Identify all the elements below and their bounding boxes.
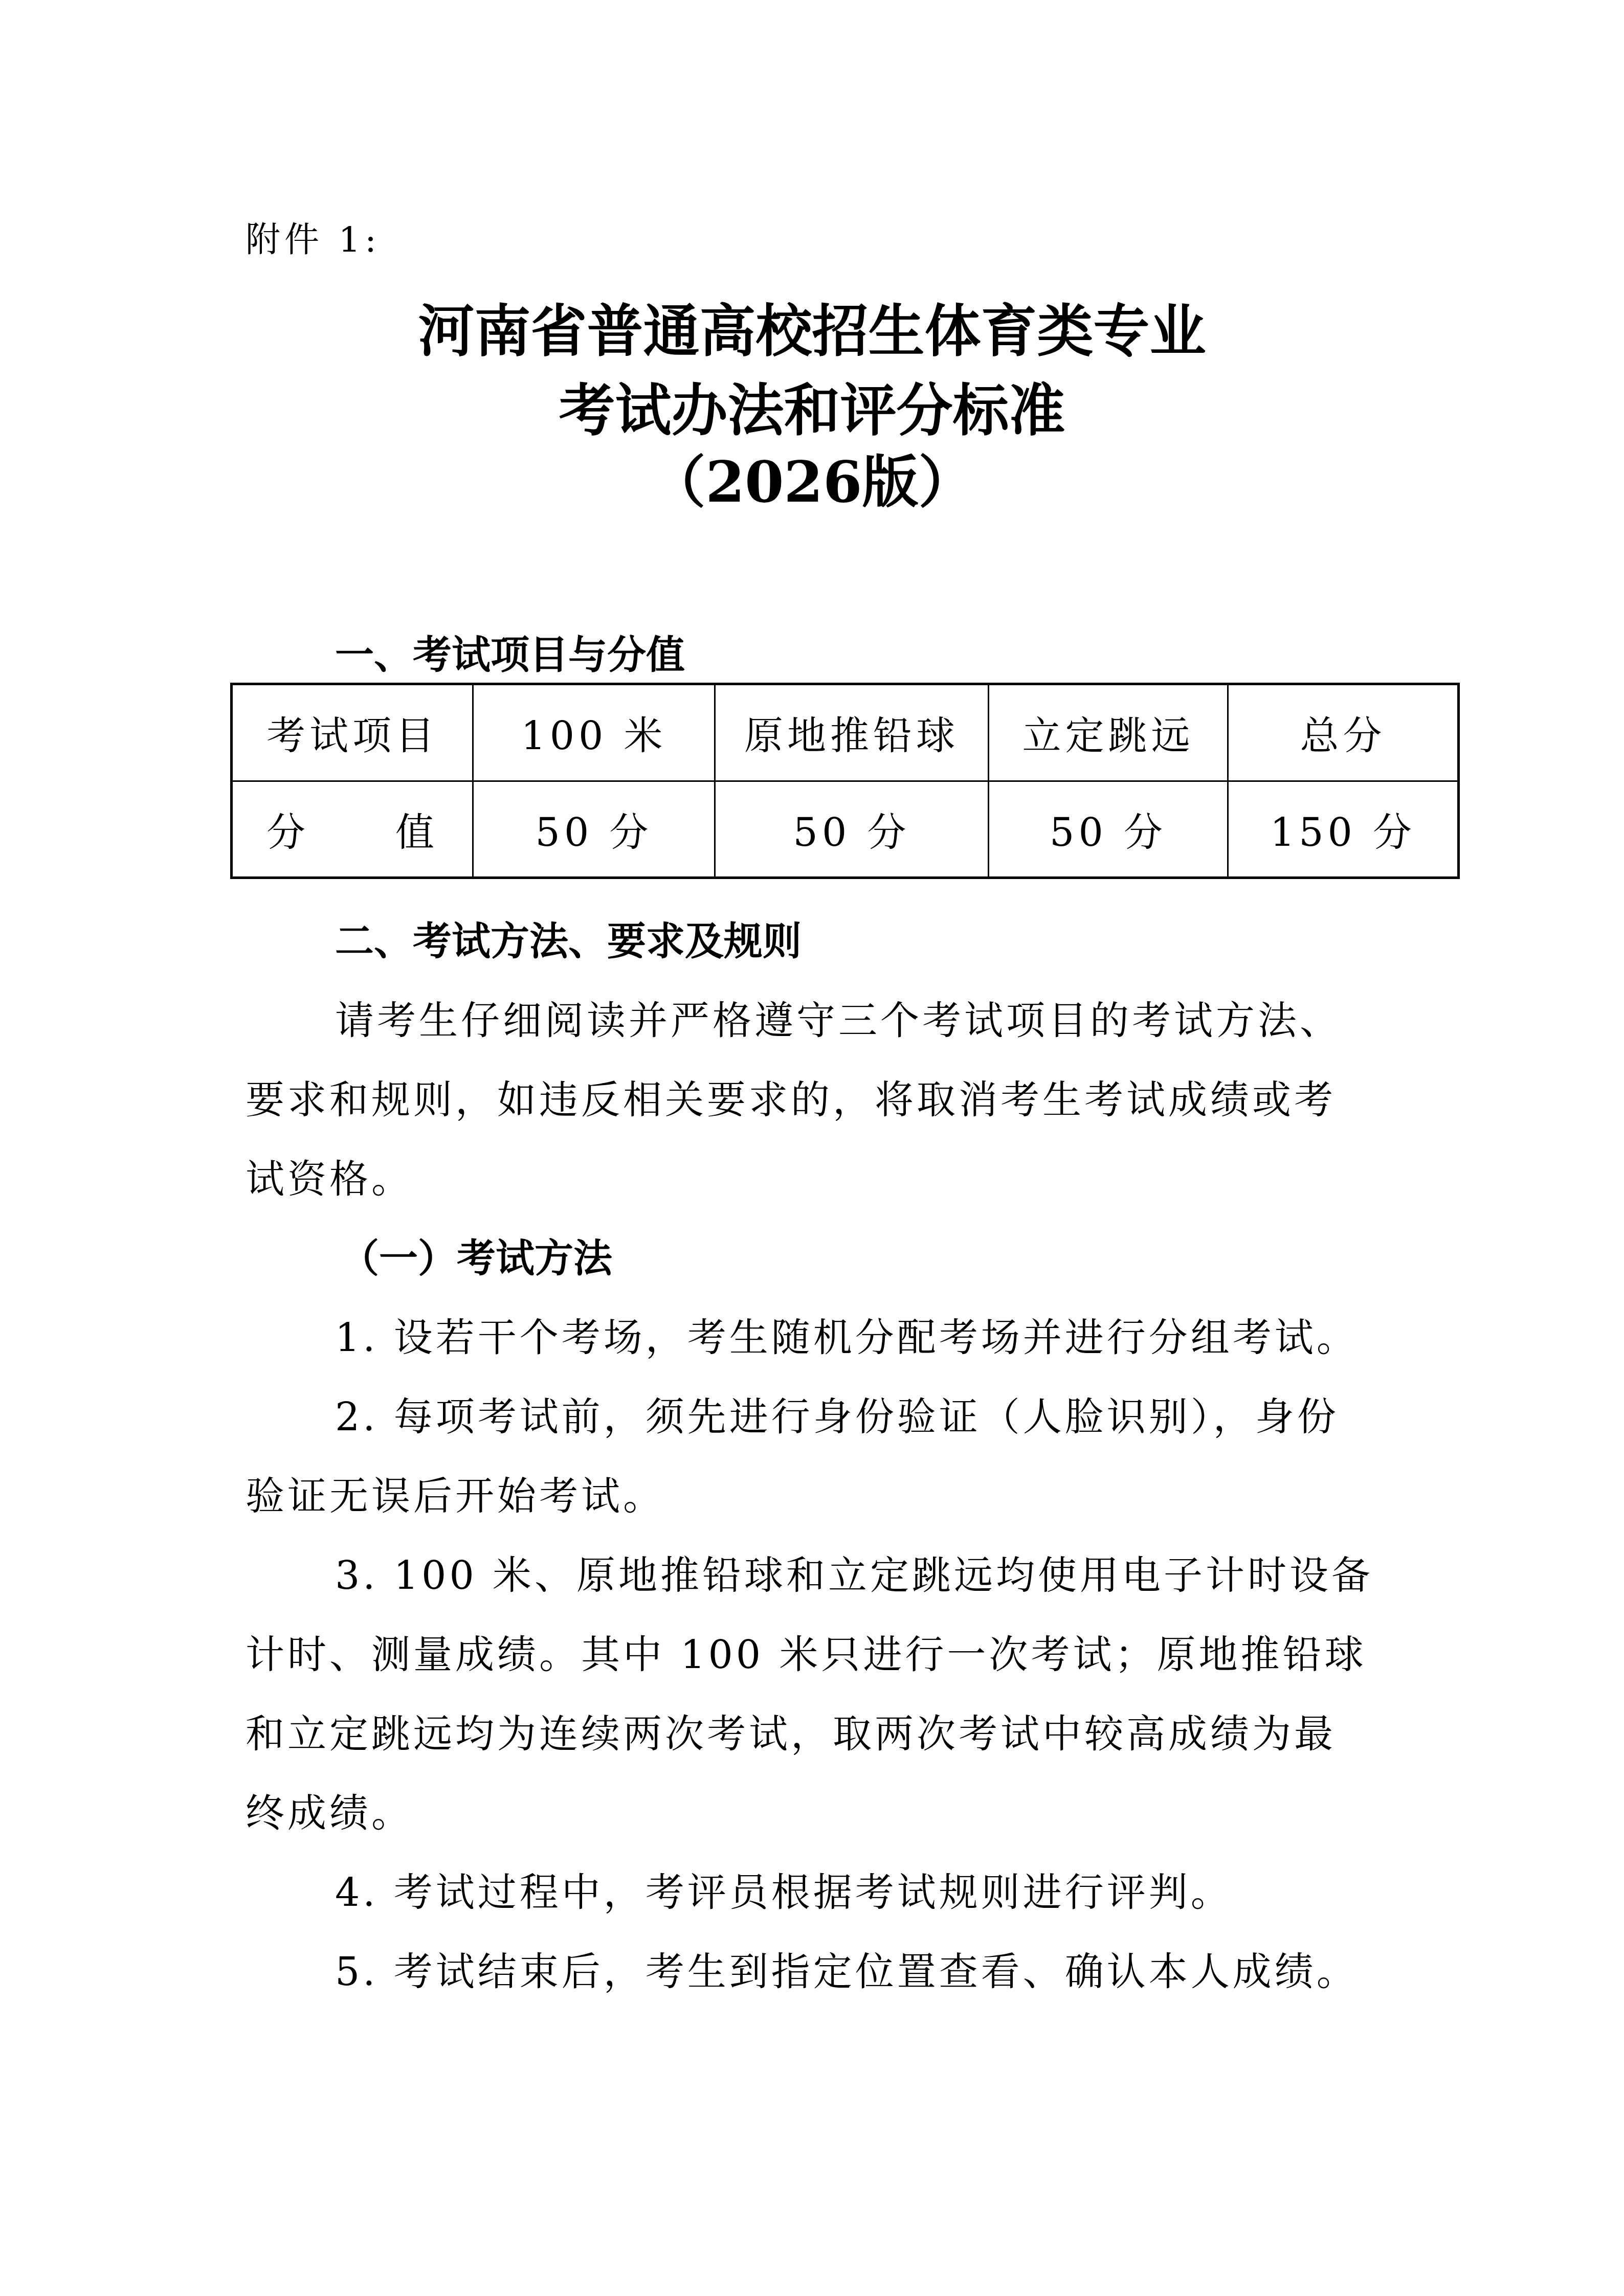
- table-row: 分 值 50 分 50 分 50 分 150 分: [232, 781, 1459, 878]
- scores-table: 考试项目 100 米 原地推铅球 立定跳远 总分 分 值 50 分 50 分 5…: [230, 683, 1460, 879]
- paragraph-line: 要求和规则，如违反相关要求的，将取消考生考试成绩或考: [246, 1069, 1336, 1124]
- paragraph-line: 1. 设若干个考场，考生随机分配考场并进行分组考试。: [335, 1307, 1359, 1362]
- paragraph-line: 4. 考试过程中，考评员根据考试规则进行评判。: [335, 1861, 1233, 1917]
- table-cell: 立定跳远: [989, 684, 1228, 781]
- paragraph-line: 试资格。: [246, 1148, 413, 1204]
- paragraph-line: 3. 100 米、原地推铅球和立定跳远均使用电子计时设备: [335, 1544, 1373, 1600]
- paragraph-line: 终成绩。: [246, 1782, 413, 1838]
- table-cell: 原地推铅球: [715, 684, 989, 781]
- paragraph-line: 计时、测量成绩。其中 100 米只进行一次考试；原地推铅球: [246, 1624, 1366, 1679]
- table-cell: 50 分: [715, 781, 989, 878]
- paragraph-line: 验证无误后开始考试。: [246, 1465, 665, 1521]
- document-title-line-2: 考试办法和评分标准: [0, 366, 1624, 446]
- annex-label: 附件 1:: [246, 212, 381, 262]
- document-title-line-1: 河南省普通高校招生体育类专业: [0, 286, 1624, 367]
- subsection-1-heading: （一）考试方法: [340, 1227, 612, 1283]
- table-cell: 50 分: [989, 781, 1228, 878]
- table-cell: 总分: [1228, 684, 1459, 781]
- paragraph-line: 请考生仔细阅读并严格遵守三个考试项目的考试方法、: [335, 989, 1342, 1045]
- document-title-version: （2026版）: [0, 437, 1624, 518]
- paragraph-line: 5. 考试结束后，考生到指定位置查看、确认本人成绩。: [335, 1941, 1359, 1996]
- paragraph-line: 和立定跳远均为连续两次考试，取两次考试中较高成绩为最: [246, 1703, 1336, 1759]
- table-header-row: 考试项目 100 米 原地推铅球 立定跳远 总分: [232, 684, 1459, 781]
- table-cell: 考试项目: [232, 684, 473, 781]
- section-2-heading: 二、考试方法、要求及规则: [335, 910, 802, 966]
- table-cell: 150 分: [1228, 781, 1459, 878]
- paragraph-line: 2. 每项考试前，须先进行身份验证（人脸识别），身份: [335, 1386, 1339, 1442]
- table-cell: 50 分: [473, 781, 715, 878]
- section-1-heading: 一、考试项目与分值: [335, 624, 685, 680]
- table-cell: 分 值: [232, 781, 473, 878]
- table-cell: 100 米: [473, 684, 715, 781]
